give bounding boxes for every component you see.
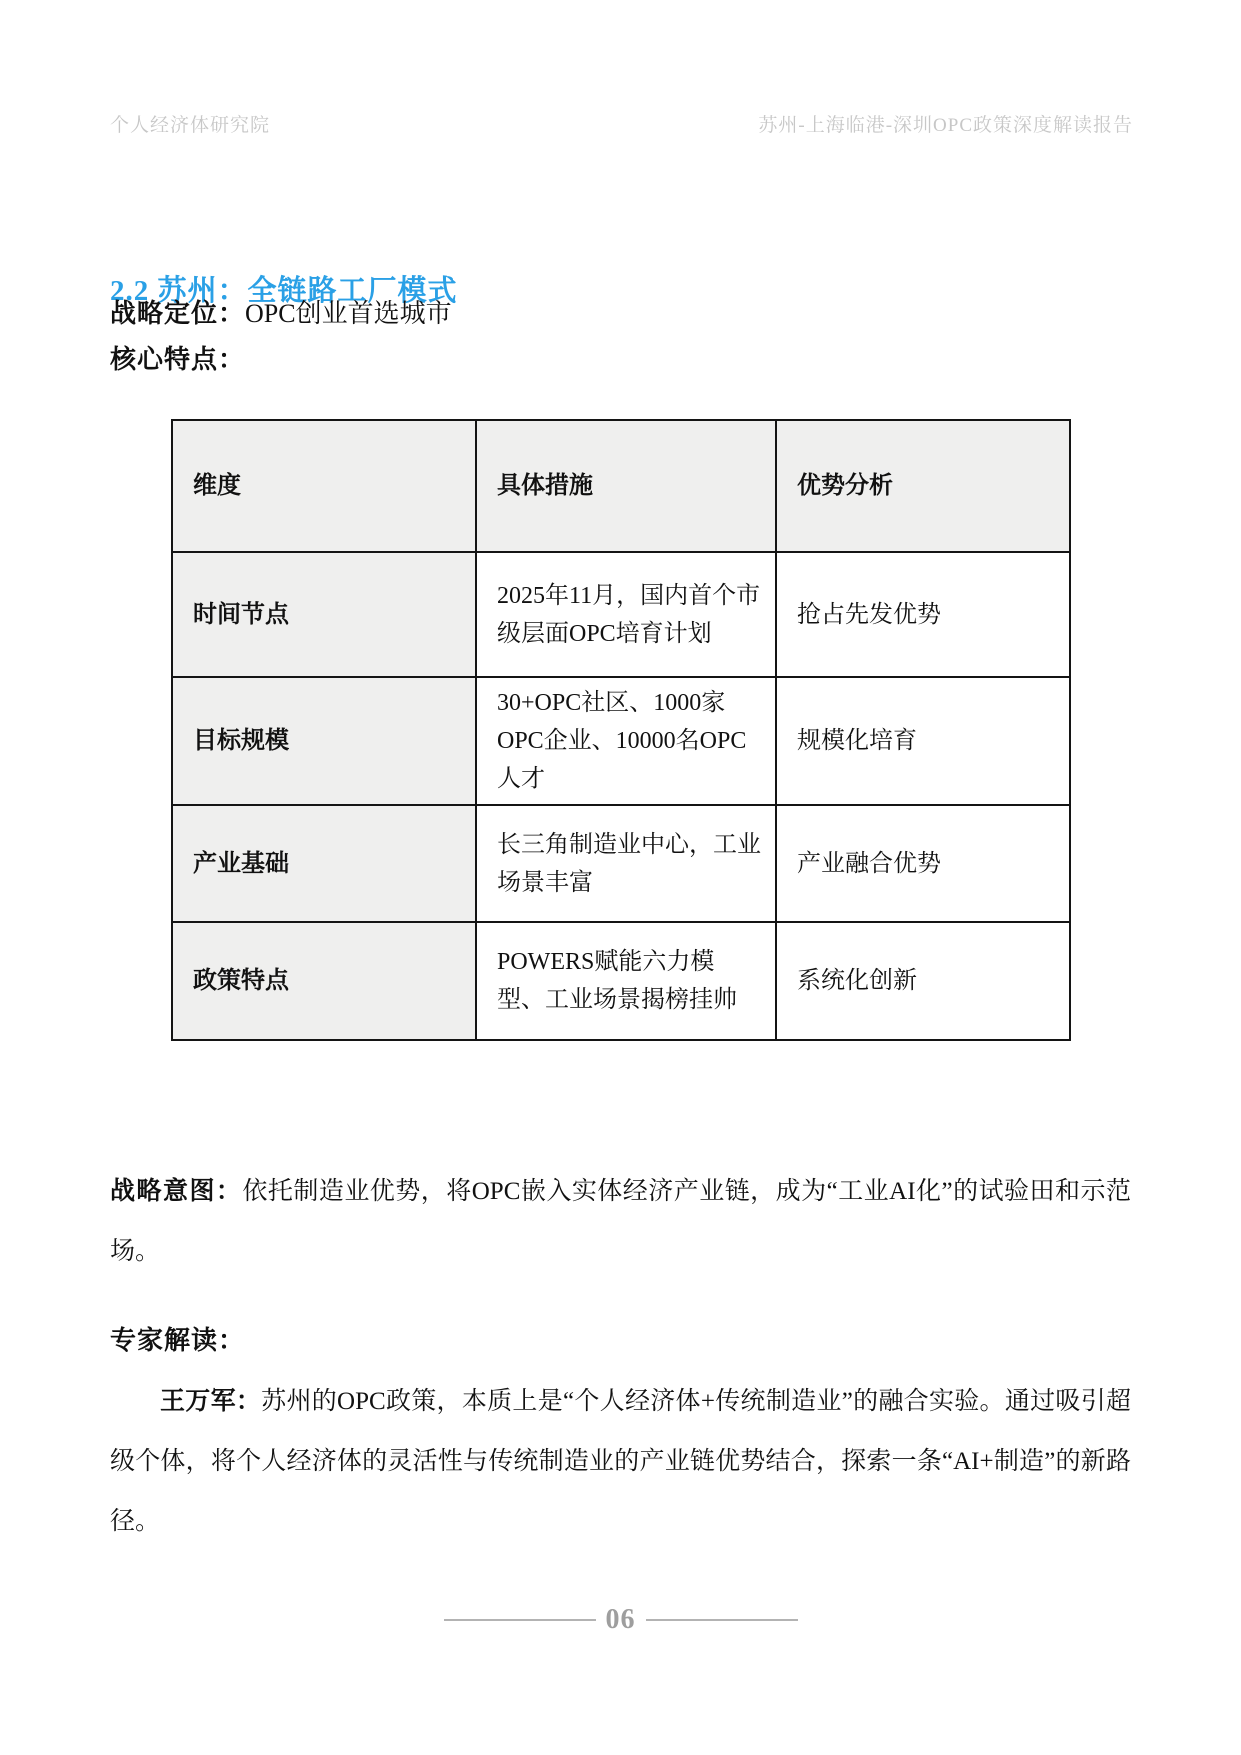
- row-advantage: 规模化培育: [776, 677, 1070, 805]
- running-header: 个人经济体研究院 苏州-上海临港-深圳OPC政策深度解读报告: [110, 110, 1133, 137]
- strategic-positioning-label: 战略定位：: [110, 299, 245, 328]
- expert-comment-text: 苏州的OPC政策，本质上是“个人经济体+传统制造业”的融合实验。通过吸引超级个体…: [110, 1388, 1131, 1535]
- document-page: 个人经济体研究院 苏州-上海临港-深圳OPC政策深度解读报告 2.2 苏州：全链…: [0, 0, 1241, 1755]
- row-advantage: 系统化创新: [776, 922, 1070, 1040]
- col-header-dimension: 维度: [172, 420, 476, 552]
- expert-comment-paragraph: 王万军：苏州的OPC政策，本质上是“个人经济体+传统制造业”的融合实验。通过吸引…: [110, 1372, 1131, 1552]
- row-dimension: 产业基础: [172, 805, 476, 922]
- row-dimension: 目标规模: [172, 677, 476, 805]
- row-advantage: 抢占先发优势: [776, 552, 1070, 677]
- page-number: 06: [606, 1604, 636, 1636]
- footer-rule-left: [444, 1619, 596, 1621]
- row-measure: 长三角制造业中心，工业场景丰富: [476, 805, 776, 922]
- core-features-label: 核心特点：: [110, 345, 245, 374]
- core-features-line: 核心特点：: [110, 343, 1131, 377]
- table-header-row: 维度 具体措施 优势分析: [172, 420, 1070, 552]
- table-row: 政策特点 POWERS赋能六力模型、工业场景揭榜挂帅 系统化创新: [172, 922, 1070, 1040]
- header-left-org: 个人经济体研究院: [110, 110, 270, 137]
- row-measure: POWERS赋能六力模型、工业场景揭榜挂帅: [476, 922, 776, 1040]
- col-header-measures: 具体措施: [476, 420, 776, 552]
- strategic-intent-paragraph: 战略意图：依托制造业优势，将OPC嵌入实体经济产业链，成为“工业AI化”的试验田…: [110, 1162, 1131, 1282]
- expert-interpretation-label: 专家解读：: [110, 1320, 245, 1357]
- row-dimension: 时间节点: [172, 552, 476, 677]
- table-row: 时间节点 2025年11月，国内首个市级层面OPC培育计划 抢占先发优势: [172, 552, 1070, 677]
- core-features-table: 维度 具体措施 优势分析 时间节点 2025年11月，国内首个市级层面OPC培育…: [171, 419, 1071, 1041]
- row-measure: 30+OPC社区、1000家OPC企业、10000名OPC人才: [476, 677, 776, 805]
- row-dimension: 政策特点: [172, 922, 476, 1040]
- header-right-report-title: 苏州-上海临港-深圳OPC政策深度解读报告: [758, 110, 1133, 137]
- strategic-positioning-line: 战略定位：OPC创业首选城市: [110, 297, 1131, 331]
- table-row: 目标规模 30+OPC社区、1000家OPC企业、10000名OPC人才 规模化…: [172, 677, 1070, 805]
- table-row: 产业基础 长三角制造业中心，工业场景丰富 产业融合优势: [172, 805, 1070, 922]
- expert-name: 王万军：: [160, 1388, 261, 1415]
- footer-rule-right: [646, 1619, 798, 1621]
- strategic-positioning-text: OPC创业首选城市: [245, 299, 452, 328]
- col-header-advantage: 优势分析: [776, 420, 1070, 552]
- strategic-intent-label: 战略意图：: [110, 1178, 242, 1205]
- strategic-intent-text: 依托制造业优势，将OPC嵌入实体经济产业链，成为“工业AI化”的试验田和示范场。: [110, 1178, 1131, 1265]
- row-advantage: 产业融合优势: [776, 805, 1070, 922]
- row-measure: 2025年11月，国内首个市级层面OPC培育计划: [476, 552, 776, 677]
- page-footer: 06: [0, 1604, 1241, 1636]
